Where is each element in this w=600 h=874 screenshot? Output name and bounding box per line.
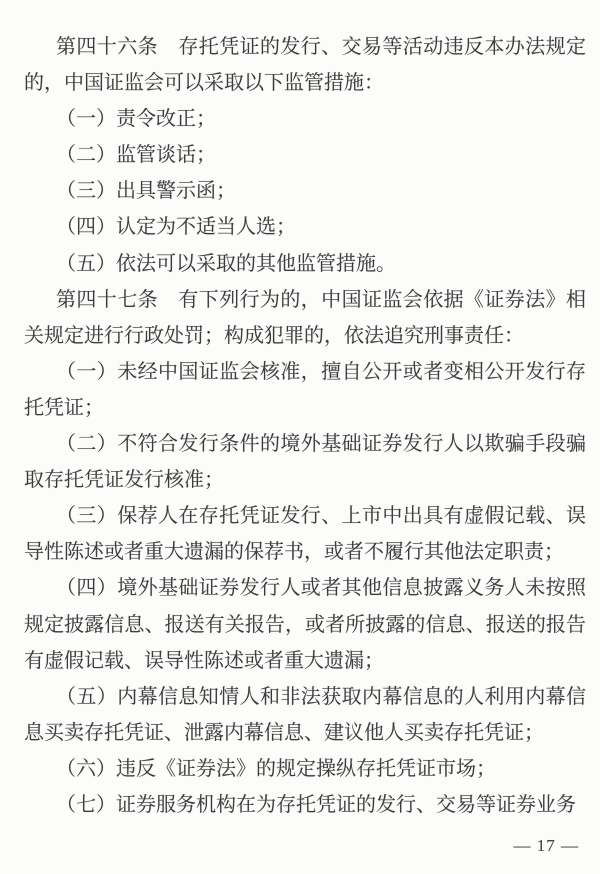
page-number: — 17 —	[514, 836, 580, 856]
paragraph-46-item-3: （三）出具警示函；	[24, 173, 586, 209]
paragraph-46-item-2: （二）监管谈话；	[24, 137, 586, 173]
paragraph-47-item-2: （二）不符合发行条件的境外基础证券发行人以欺骗手段骗取存托凭证发行核准；	[24, 426, 586, 498]
document-page: { "colors": { "page_background": "#fcfcf…	[0, 0, 600, 874]
paragraph-article-46: 第四十六条 存托凭证的发行、交易等活动违反本办法规定的，中国证监会可以采取以下监…	[24, 29, 586, 101]
paragraph-46-item-4: （四）认定为不适当人选；	[24, 209, 586, 245]
paragraph-47-item-3: （三）保荐人在存托凭证发行、上市中出具有虚假记载、误导性陈述或者重大遗漏的保荐书…	[24, 498, 586, 570]
paragraph-47-item-1: （一）未经中国证监会核准，擅自公开或者变相公开发行存托凭证；	[24, 354, 586, 426]
paragraph-46-item-5: （五）依法可以采取的其他监管措施。	[24, 246, 586, 282]
article-text: 第四十六条 存托凭证的发行、交易等活动违反本办法规定的，中国证监会可以采取以下监…	[24, 29, 586, 823]
paragraph-46-item-1: （一）责令改正；	[24, 101, 586, 137]
paragraph-47-item-6: （六）违反《证券法》的规定操纵存托凭证市场；	[24, 751, 586, 787]
paragraph-47-item-5: （五）内幕信息知情人和非法获取内幕信息的人利用内幕信息买卖存托凭证、泄露内幕信息…	[24, 679, 586, 751]
paragraph-47-item-7: （七）证券服务机构在为存托凭证的发行、交易等证券业务	[24, 787, 586, 823]
paragraph-47-item-4: （四）境外基础证券发行人或者其他信息披露义务人未按照规定披露信息、报送有关报告，…	[24, 570, 586, 678]
paragraph-article-47: 第四十七条 有下列行为的，中国证监会依据《证券法》相关规定进行行政处罚；构成犯罪…	[24, 282, 586, 354]
page: 第四十六条 存托凭证的发行、交易等活动违反本办法规定的，中国证监会可以采取以下监…	[0, 0, 600, 874]
